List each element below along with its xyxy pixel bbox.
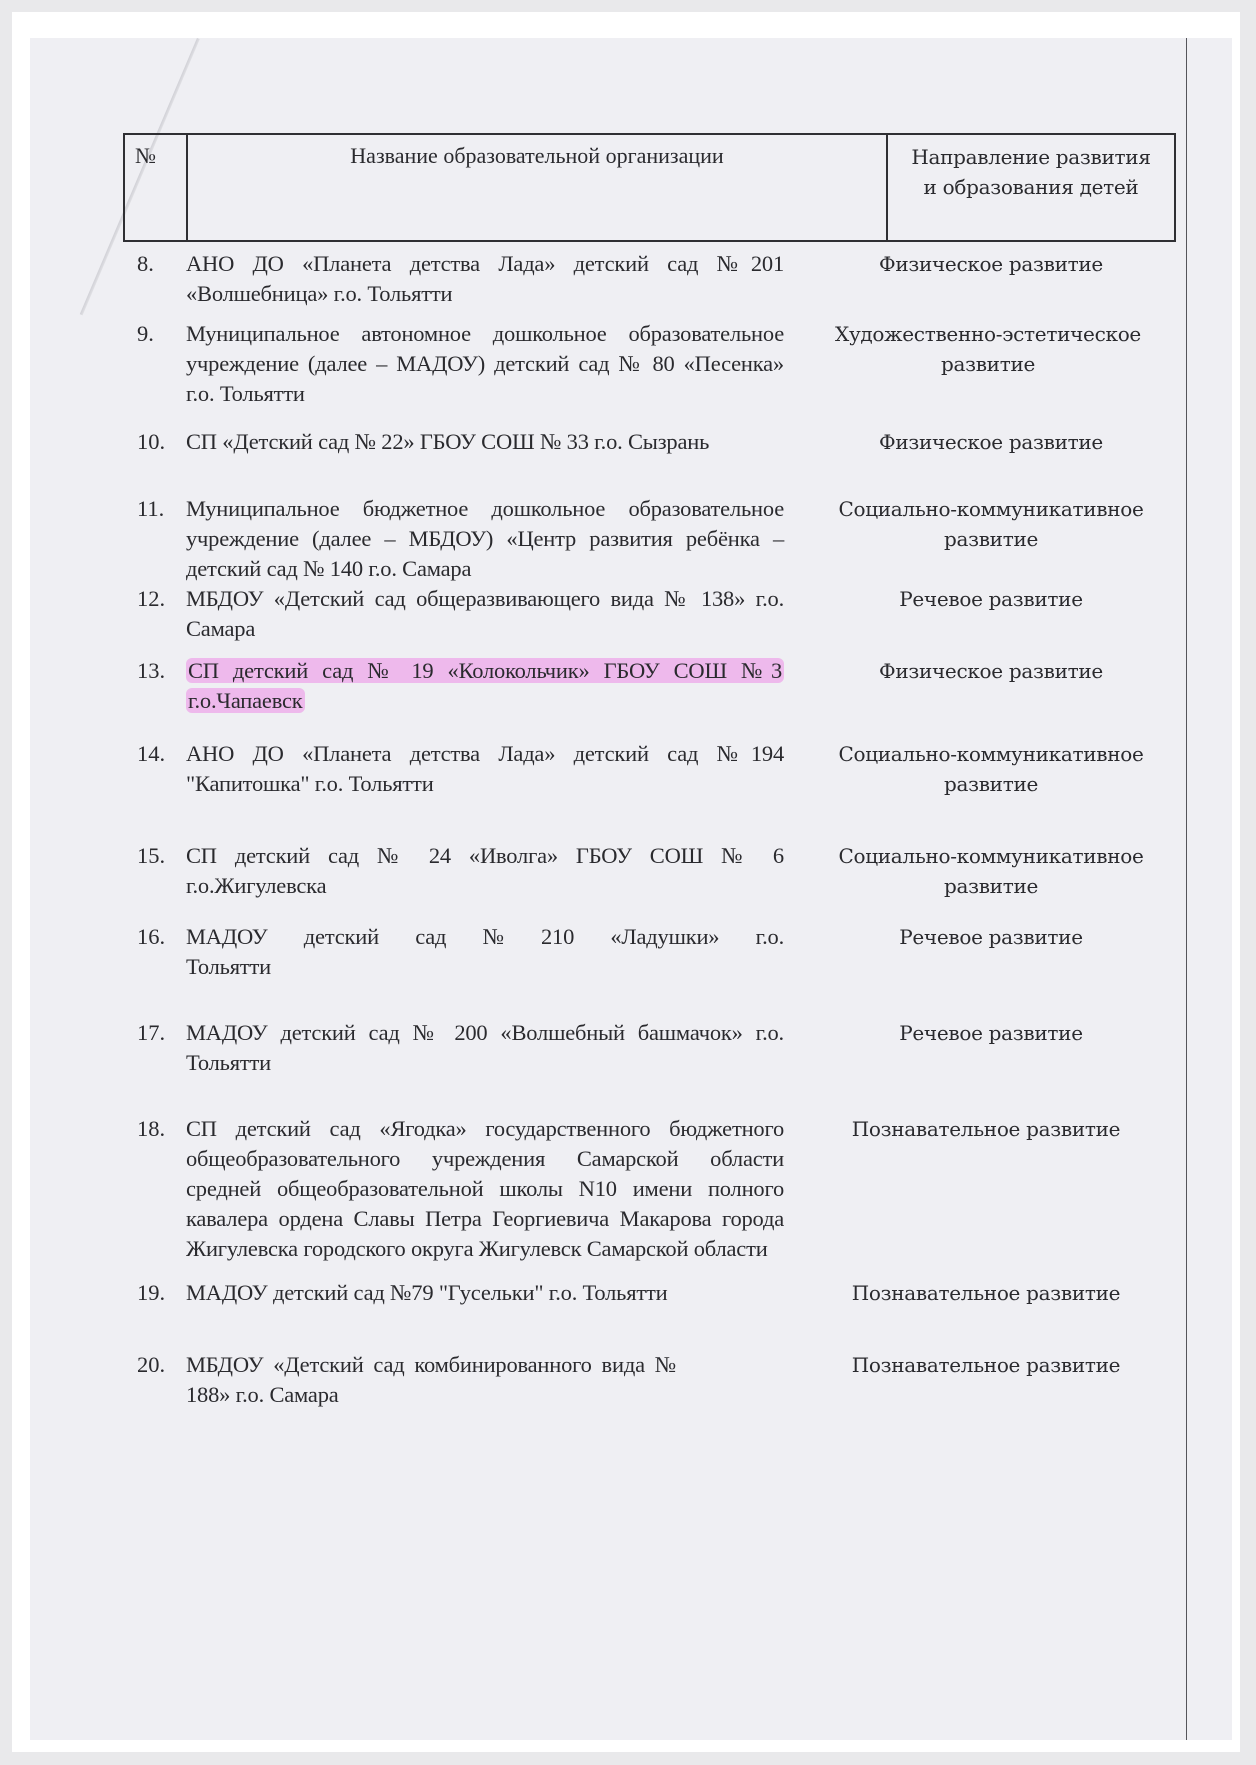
scan-frame: № Название образовательной организации Н… — [12, 12, 1240, 1752]
row-number: 17. — [123, 1018, 186, 1078]
table-row: 16. МАДОУ детский сад № 210 «Ладушки» г.… — [123, 922, 1176, 982]
row-direction: Физическое развитие — [786, 249, 1176, 309]
row-direction: Социально-коммуникативное развитие — [786, 739, 1176, 799]
row-number: 15. — [123, 841, 186, 901]
row-number: 14. — [123, 739, 186, 799]
table-row: 14. АНО ДО «Планета детства Лада» детски… — [123, 739, 1176, 799]
table-row: 10. СП «Детский сад № 22» ГБОУ СОШ № 33 … — [123, 427, 1176, 457]
row-organization-name: СП детский сад № 19 «Колокольчик» ГБОУ С… — [186, 656, 786, 716]
row-direction: Художественно-эстетическое развитие — [786, 319, 1176, 409]
table-row-highlighted: 13. СП детский сад № 19 «Колокольчик» ГБ… — [123, 656, 1176, 716]
row-organization-name: МАДОУ детский сад № 200 «Волшебный башма… — [186, 1018, 786, 1078]
row-number: 13. — [123, 656, 186, 716]
table-right-border — [1186, 38, 1187, 1740]
row-direction: Физическое развитие — [786, 427, 1176, 457]
table-row: 17. МАДОУ детский сад № 200 «Волшебный б… — [123, 1018, 1176, 1078]
table-row: 11. Муниципальное бюджетное дошкольное о… — [123, 494, 1176, 584]
row-organization-name: СП «Детский сад № 22» ГБОУ СОШ № 33 г.о.… — [186, 427, 786, 457]
row-number: 12. — [123, 584, 186, 644]
row-direction: Познавательное развитие — [786, 1350, 1176, 1410]
header-direction: Направление развития и образования детей — [888, 135, 1174, 240]
row-direction: Речевое развитие — [786, 922, 1176, 982]
table-row: 18. СП детский сад «Ягодка» государствен… — [123, 1114, 1176, 1264]
table-row: 15. СП детский сад № 24 «Иволга» ГБОУ СО… — [123, 841, 1176, 901]
row-direction: Социально-коммуникативное развитие — [786, 841, 1176, 901]
row-organization-name: АНО ДО «Планета детства Лада» детский са… — [186, 739, 786, 799]
table-row: 12. МБДОУ «Детский сад общеразвивающего … — [123, 584, 1176, 644]
table-row: 20. МБДОУ «Детский сад комбинированного … — [123, 1350, 1176, 1410]
header-number: № — [125, 135, 188, 240]
row-organization-name: СП детский сад № 24 «Иволга» ГБОУ СОШ № … — [186, 841, 786, 901]
row-organization-name: СП детский сад «Ягодка» государственного… — [186, 1114, 786, 1264]
row-number: 8. — [123, 249, 186, 309]
row-number: 9. — [123, 319, 186, 409]
row-direction: Познавательное развитие — [786, 1114, 1176, 1264]
row-number: 11. — [123, 494, 186, 584]
highlight-marker: СП детский сад № 19 «Колокольчик» ГБОУ С… — [186, 658, 784, 713]
table-row: 19. МАДОУ детский сад №79 "Гусельки" г.о… — [123, 1278, 1176, 1308]
row-organization-name: МБДОУ «Детский сад комбинированного вида… — [186, 1350, 786, 1410]
row-organization-name: Муниципальное автономное дошкольное обра… — [186, 319, 786, 409]
header-direction-line2: и образования детей — [888, 172, 1174, 202]
document-page: № Название образовательной организации Н… — [30, 38, 1232, 1740]
row-direction: Речевое развитие — [786, 584, 1176, 644]
row-number: 10. — [123, 427, 186, 457]
row-direction: Речевое развитие — [786, 1018, 1176, 1078]
row-number: 20. — [123, 1350, 186, 1410]
row-organization-name: МАДОУ детский сад №79 "Гусельки" г.о. То… — [186, 1278, 786, 1308]
header-direction-line1: Направление развития — [888, 142, 1174, 172]
row-number: 18. — [123, 1114, 186, 1264]
row-number: 16. — [123, 922, 186, 982]
table-header: № Название образовательной организации Н… — [123, 133, 1176, 242]
row-direction: Познавательное развитие — [786, 1278, 1176, 1308]
row-direction: Социально-коммуникативное развитие — [786, 494, 1176, 584]
table-row: 8. АНО ДО «Планета детства Лада» детский… — [123, 249, 1176, 309]
row-organization-name: МБДОУ «Детский сад общеразвивающего вида… — [186, 584, 786, 644]
table-row: 9. Муниципальное автономное дошкольное о… — [123, 319, 1176, 409]
row-organization-name: МАДОУ детский сад № 210 «Ладушки» г.о. Т… — [186, 922, 786, 982]
row-organization-name: Муниципальное бюджетное дошкольное образ… — [186, 494, 786, 584]
row-direction: Физическое развитие — [786, 656, 1176, 716]
row-number: 19. — [123, 1278, 186, 1308]
header-organization-name: Название образовательной организации — [188, 135, 888, 240]
row-organization-name: АНО ДО «Планета детства Лада» детский са… — [186, 249, 786, 309]
